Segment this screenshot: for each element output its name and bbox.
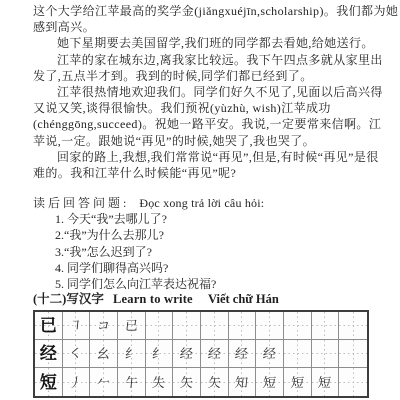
- reading-passage: 这个大学给江苹最高的奖学金(jiǎngxuéjīn,scholarship)。我…: [33, 3, 396, 181]
- write-heading-vi: Viết chữ Hán: [208, 292, 279, 306]
- question-item: 2.“我”为什么去那儿?: [55, 227, 395, 243]
- stroke-step: 失: [152, 376, 166, 389]
- model-char-cell: 已: [35, 312, 63, 340]
- practice-cell: 午: [118, 368, 146, 396]
- practice-cell: 短: [312, 368, 340, 396]
- practice-cell: ㇛: [63, 340, 91, 368]
- questions-list: 1. 今天“我”去哪儿了?2.“我”为什么去那儿?3.“我”怎么迟到了?4. 同…: [55, 211, 395, 292]
- practice-cell: [284, 340, 312, 368]
- practice-cell: 失: [146, 368, 174, 396]
- passage-line: 又说又笑,谈得很愉快。我们预祝(yùzhù, wish)江苹成功: [33, 100, 396, 116]
- model-char-cell: 经: [35, 340, 63, 368]
- practice-cell: [339, 340, 367, 368]
- write-heading-en: Learn to write: [113, 292, 193, 306]
- passage-line: (chénggōng,succeed)。祝她一路平安。我说,一定要常来信啊。江: [33, 116, 396, 132]
- practice-cell: [312, 340, 340, 368]
- practice-cell: [339, 368, 367, 396]
- stroke-step: 纟: [152, 347, 166, 360]
- stroke-step: 经: [207, 347, 221, 360]
- stroke-step: 矢: [207, 376, 221, 389]
- passage-line: 回家的路上,我想,我们常常说“再见”,但是,有时候“再见”是很: [33, 149, 396, 165]
- passage-line: 发了,五点半才到。我到的时候,同学们都已经到了。: [33, 68, 396, 84]
- stroke-step: 短: [290, 376, 304, 389]
- textbook-page: 这个大学给江苹最高的奖学金(jiǎngxuéjīn,scholarship)。我…: [0, 0, 400, 400]
- stroke-step: 𠂉: [96, 376, 110, 389]
- passage-line: 她下星期要去美国留学,我们班的同学都去看她,给她送行。: [33, 35, 396, 51]
- practice-cell: 丿: [63, 368, 91, 396]
- practice-cell: 纟: [118, 340, 146, 368]
- practice-cell: [229, 312, 257, 340]
- passage-line: 苹说,一定。跟她说“再见”的时候,她哭了,我也哭了。: [33, 133, 396, 149]
- stroke-step: 短: [262, 376, 276, 389]
- practice-cell: [284, 312, 312, 340]
- practice-cell: [312, 312, 340, 340]
- model-char-cell: 短: [35, 368, 63, 396]
- questions-heading-zh: 读后回答问题:: [33, 196, 129, 210]
- practice-cell: 经: [201, 340, 229, 368]
- stroke-step: 午: [124, 376, 138, 389]
- question-item: 1. 今天“我”去哪儿了?: [55, 211, 395, 227]
- write-heading-zh: (十二)写汉字: [33, 292, 104, 306]
- practice-cell: 经: [229, 340, 257, 368]
- questions-heading-vi: Đọc xong trả lời câu hỏi:: [139, 196, 264, 210]
- stroke-step: 已: [124, 319, 138, 332]
- questions-heading: 读后回答问题: Đọc xong trả lời câu hỏi:: [33, 194, 396, 211]
- stroke-step: 丿: [69, 376, 83, 389]
- writing-practice-grid: 已㇕コ已经㇛幺纟纟经经经经短丿𠂉午失矢矢知短短短: [33, 310, 369, 398]
- stroke-step: 纟: [124, 347, 138, 360]
- stroke-step: 幺: [96, 347, 110, 360]
- stroke-step: 知: [235, 376, 249, 389]
- question-item: 3.“我”怎么迟到了?: [55, 244, 395, 260]
- practice-cell: 𠂉: [90, 368, 118, 396]
- practice-cell: 经: [256, 340, 284, 368]
- stroke-step: 短: [318, 376, 332, 389]
- stroke-step: ㇛: [69, 347, 83, 360]
- passage-line: 这个大学给江苹最高的奖学金(jiǎngxuéjīn,scholarship)。我…: [33, 3, 396, 19]
- practice-cell: 矢: [173, 368, 201, 396]
- practice-cell: [146, 312, 174, 340]
- practice-cell: 矢: [201, 368, 229, 396]
- practice-cell: コ: [90, 312, 118, 340]
- stroke-step: 经: [262, 347, 276, 360]
- practice-cell: [256, 312, 284, 340]
- stroke-step: コ: [96, 319, 110, 332]
- practice-cell: [201, 312, 229, 340]
- practice-cell: 知: [229, 368, 257, 396]
- write-section-heading: (十二)写汉字 Learn to write Viết chữ Hán: [33, 289, 396, 307]
- question-item: 4. 同学们聊得高兴吗?: [55, 260, 395, 276]
- practice-cell: 短: [256, 368, 284, 396]
- model-character: 已: [40, 317, 57, 334]
- model-character: 经: [40, 345, 57, 362]
- practice-cell: 已: [118, 312, 146, 340]
- passage-line: 感到高兴。: [33, 19, 396, 35]
- stroke-step: 矢: [179, 376, 193, 389]
- passage-line: 难的。我和江苹什么时候能“再见”呢?: [33, 165, 396, 181]
- stroke-step: ㇕: [69, 319, 83, 332]
- passage-line: 江苹的家在城东边,离我家比较远。我下午四点多就从家里出: [33, 52, 396, 68]
- stroke-step: 经: [179, 347, 193, 360]
- practice-cell: [339, 312, 367, 340]
- practice-cell: [173, 312, 201, 340]
- stroke-step: 经: [235, 347, 249, 360]
- passage-line: 江苹很热情地欢迎我们。同学们好久不见了,见面以后高兴得: [33, 84, 396, 100]
- practice-cell: ㇕: [63, 312, 91, 340]
- practice-cell: 短: [284, 368, 312, 396]
- model-character: 短: [40, 374, 57, 391]
- practice-cell: 幺: [90, 340, 118, 368]
- practice-cell: 纟: [146, 340, 174, 368]
- practice-cell: 经: [173, 340, 201, 368]
